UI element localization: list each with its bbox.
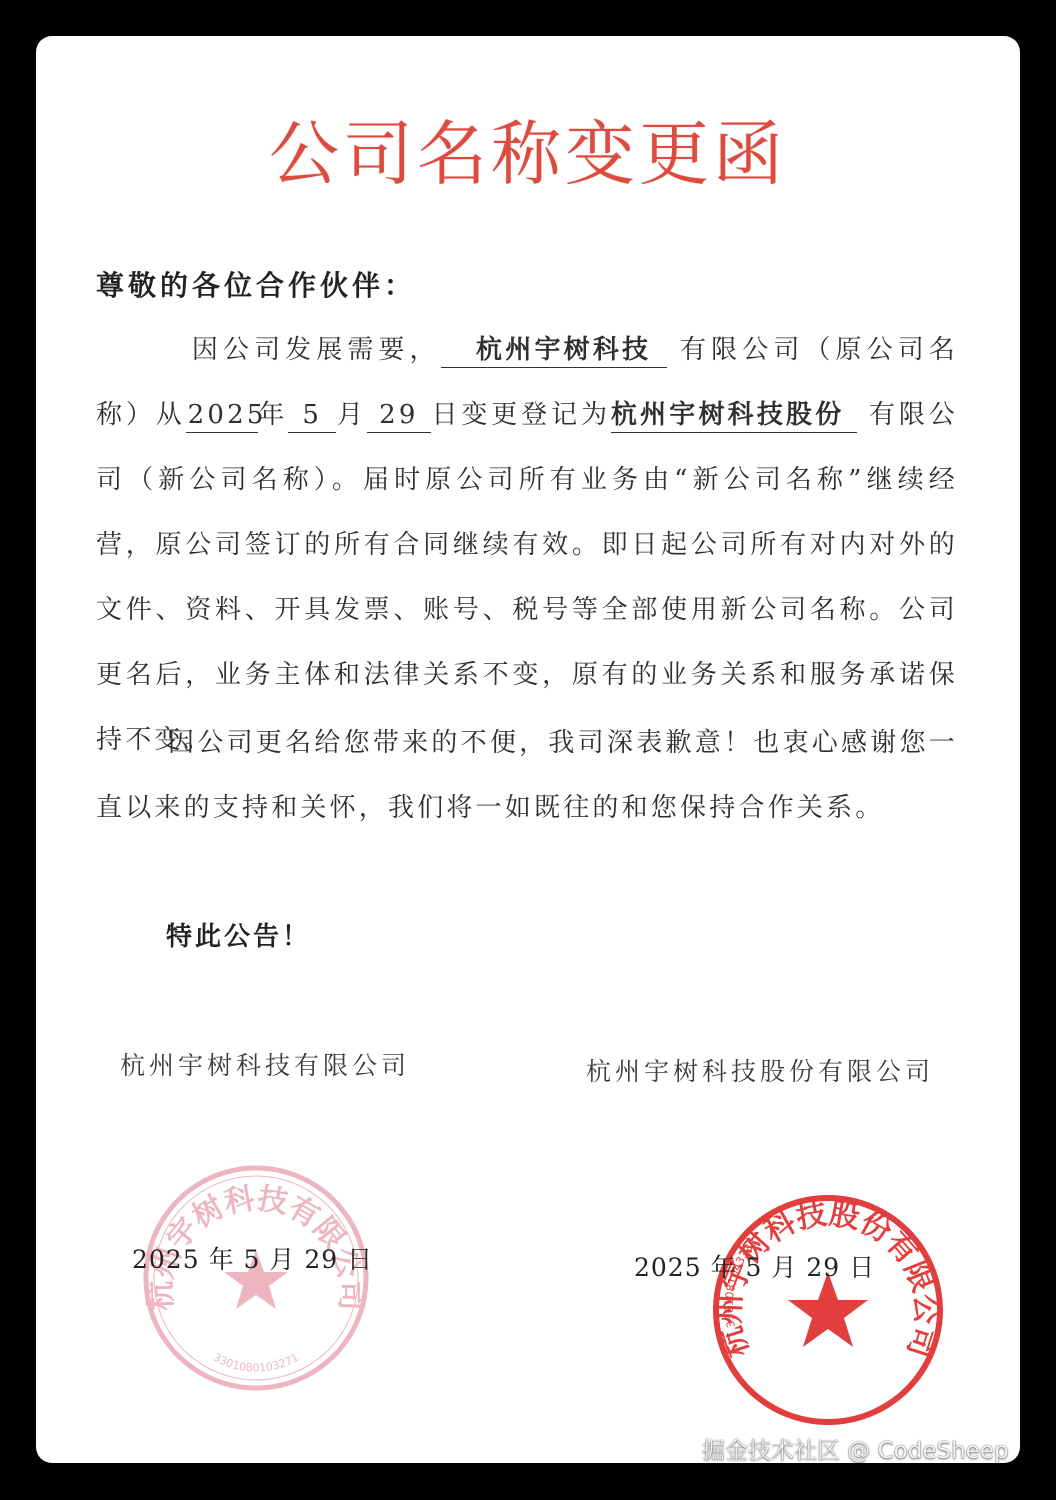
month-unit: 月 xyxy=(336,400,367,430)
intro-text: 因公司发展需要， xyxy=(190,335,441,365)
paragraph-name-change: 因公司发展需要，杭州宇树科技 有限公司（原公司名称）从2025年5月29日变更登… xyxy=(96,318,958,773)
greeting: 尊敬的各位合作伙伴： xyxy=(96,264,416,304)
company-seal-new: 杭州宇树科技股份有限公司 3301081043333 xyxy=(710,1192,946,1428)
month-fill: 5 xyxy=(288,398,336,433)
day-fill: 29 xyxy=(367,398,431,433)
signature-old-company: 杭州宇树科技有限公司 xyxy=(120,1046,410,1082)
paragraph-rest: 有限公司（新公司名称）。届时原公司所有业务由“新公司名称”继续经营，原公司签订的… xyxy=(96,400,958,755)
apology-text: 因公司更名给您带来的不便，我司深表歉意！也衷心感谢您一直以来的支持和关怀，我们将… xyxy=(96,728,958,823)
signature-date-new: 2025 年 5 月 29 日 xyxy=(634,1248,875,1284)
signature-date-old: 2025 年 5 月 29 日 xyxy=(132,1240,373,1276)
new-company-name-fill: 杭州宇树科技股份 xyxy=(611,398,857,433)
watermark: 掘金技术社区 @ CodeSheep xyxy=(702,1432,1009,1463)
document-title: 公司名称变更函 xyxy=(36,98,1020,199)
year-unit: 年 xyxy=(258,400,289,430)
company-seal-old: 杭州宇树科技有限公司 3301080103271 xyxy=(140,1162,372,1394)
day-unit: 日变更登记为 xyxy=(431,400,611,430)
old-company-name-fill: 杭州宇树科技 xyxy=(441,333,667,368)
year-fill: 2025 xyxy=(186,398,258,433)
signature-new-company: 杭州宇树科技股份有限公司 xyxy=(586,1052,934,1088)
document-page: 公司名称变更函 尊敬的各位合作伙伴： 因公司发展需要，杭州宇树科技 有限公司（原… xyxy=(36,36,1020,1463)
notice-text: 特此公告！ xyxy=(166,916,311,953)
seal-code: 3301080103271 xyxy=(211,1351,301,1375)
paragraph-apology: 因公司更名给您带来的不便，我司深表歉意！也衷心感谢您一直以来的支持和关怀，我们将… xyxy=(96,711,958,841)
